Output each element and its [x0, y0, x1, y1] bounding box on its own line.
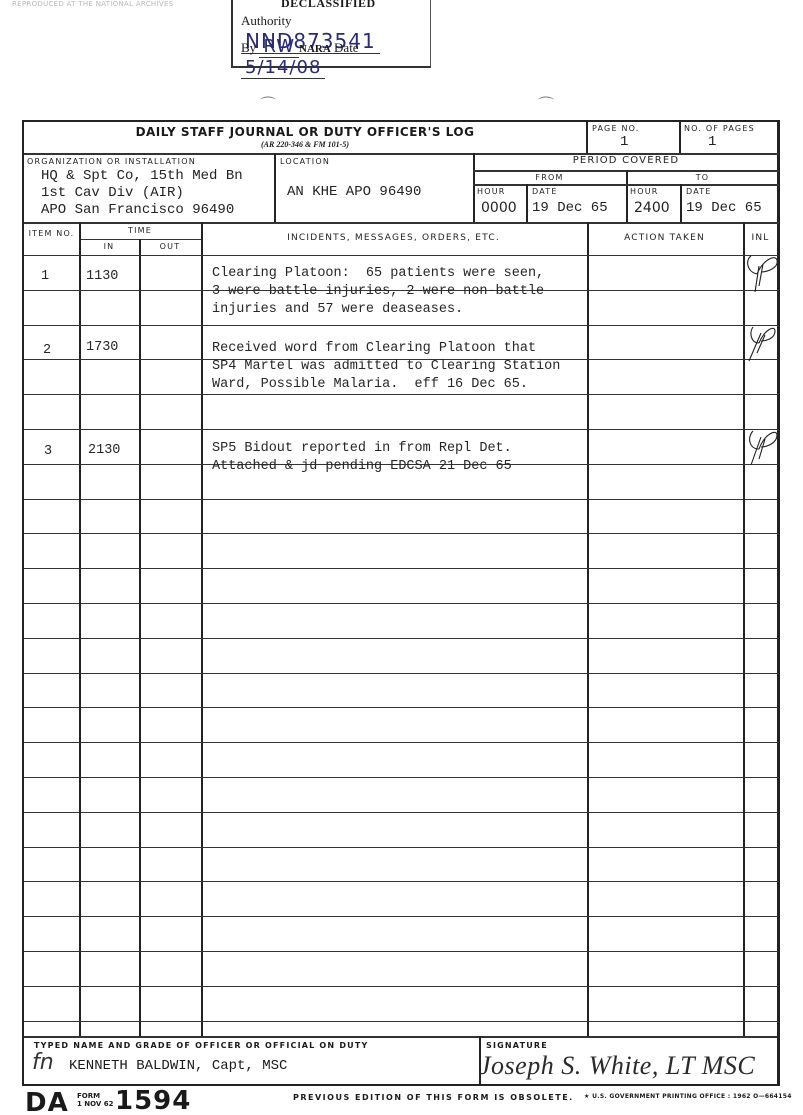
col-incidents: INCIDENTS, MESSAGES, ORDERS, ETC. — [201, 233, 586, 243]
entry-3-time-in: 2130 — [88, 442, 120, 460]
officer-signature-block: TYPED NAME AND GRADE OF OFFICER OR OFFIC… — [22, 1036, 780, 1086]
entry-3-line-2: Attached & jd pending EDCSA 21 Dec 65 — [212, 458, 512, 476]
date-label: Date — [334, 40, 359, 55]
entry-2-line-3: Ward, Possible Malaria. eff 16 Dec 65. — [212, 376, 528, 394]
stamp-title: DECLASSIFIED — [281, 0, 376, 11]
page-no-value: 1 — [620, 134, 628, 150]
gpo-imprint: ★ U.S. GOVERNMENT PRINTING OFFICE : 1962… — [584, 1093, 792, 1100]
table-row-rule — [24, 499, 779, 500]
table-row-rule — [24, 812, 779, 813]
officer-prefix-handwritten: fn — [32, 1050, 54, 1075]
previous-edition-note: PREVIOUS EDITION OF THIS FORM IS OBSOLET… — [293, 1093, 574, 1102]
table-row-rule — [24, 742, 779, 743]
form-subtitle: (AR 220-346 & FM 101-5) — [24, 140, 586, 149]
col-time-out: OUT — [139, 242, 201, 251]
organization-value: HQ & Spt Co, 15th Med Bn 1st Cav Div (AI… — [41, 168, 243, 219]
col-time: TIME — [79, 226, 201, 235]
hole-punch-mark: ⌒ — [538, 92, 554, 115]
from-hour-label: HOUR — [477, 187, 506, 196]
no-of-pages-label: NO. OF PAGES — [684, 124, 755, 133]
to-date-label: DATE — [686, 187, 712, 196]
table-row-rule — [24, 429, 779, 430]
form-title: DAILY STAFF JOURNAL OR DUTY OFFICER'S LO… — [24, 125, 586, 139]
signature-value: Joseph S. White, LT MSC — [479, 1051, 755, 1081]
no-of-pages-value: 1 — [708, 134, 716, 150]
table-row-rule — [24, 1021, 779, 1022]
col-action-taken: ACTION TAKEN — [587, 233, 742, 243]
by-label: By — [241, 40, 256, 55]
declassified-stamp: DECLASSIFIED Authority NND873541 By RWNA… — [231, 0, 431, 68]
col-inl: INL — [742, 233, 779, 243]
table-row-rule — [24, 533, 779, 534]
to-hour-label: HOUR — [630, 187, 659, 196]
table-row-rule — [24, 916, 779, 917]
table-row-rule — [24, 847, 779, 848]
organization-label: ORGANIZATION OR INSTALLATION — [27, 157, 196, 166]
authority-label: Authority — [241, 13, 292, 28]
table-row-rule — [24, 881, 779, 882]
hole-punch-mark: ⌒ — [260, 92, 276, 115]
form-da: DA — [25, 1088, 69, 1115]
table-row-rule — [24, 707, 779, 708]
officer-name: KENNETH BALDWIN, Capt, MSC — [69, 1058, 287, 1074]
table-row-rule — [24, 986, 779, 987]
from-date-label: DATE — [532, 187, 558, 196]
table-row-rule — [24, 568, 779, 569]
entry-1-line-3: injuries and 57 were deaseases. — [212, 301, 463, 319]
table-row-rule — [24, 951, 779, 952]
from-hour-value: 0000 — [481, 200, 517, 216]
officer-label: TYPED NAME AND GRADE OF OFFICER OR OFFIC… — [34, 1041, 369, 1050]
page-no-label: PAGE NO. — [592, 124, 640, 133]
entry-2-line-1: Received word from Clearing Platoon that — [212, 340, 536, 358]
to-label: TO — [626, 173, 779, 182]
agency: NARA — [299, 43, 331, 55]
initials-icon — [743, 321, 781, 363]
table-row-rule — [24, 638, 779, 639]
table-row-rule — [24, 325, 779, 326]
entry-1-line-1: Clearing Platoon: 65 patients were seen, — [212, 265, 544, 283]
table-row-rule — [24, 673, 779, 674]
col-time-in: IN — [79, 242, 139, 251]
signature-label: SIGNATURE — [486, 1041, 548, 1050]
period-covered-label: PERIOD COVERED — [473, 155, 779, 166]
table-row-rule — [24, 255, 779, 256]
initials-icon — [743, 425, 781, 467]
to-date-value: 19 Dec 65 — [686, 200, 762, 216]
form-number: 1594 — [115, 1086, 191, 1115]
table-row-rule — [24, 394, 779, 395]
entry-2-time-in: 1730 — [86, 339, 118, 357]
entry-1-time-in: 1130 — [86, 268, 118, 286]
form-label: FORM 1 NOV 62 — [77, 1092, 114, 1108]
location-label: LOCATION — [280, 157, 330, 166]
table-row-rule — [24, 603, 779, 604]
from-date-value: 19 Dec 65 — [532, 200, 608, 216]
entry-2-item: 2 — [43, 342, 51, 360]
to-hour-value: 2400 — [634, 200, 670, 216]
entry-3-item: 3 — [44, 443, 52, 461]
entry-2-line-2: SP4 Martel was admitted to Clearing Stat… — [212, 358, 560, 376]
duty-log-form: DAILY STAFF JOURNAL OR DUTY OFFICER'S LO… — [22, 120, 780, 1038]
col-item-no: ITEM NO. — [24, 228, 79, 239]
entry-1-item: 1 — [41, 268, 49, 286]
from-label: FROM — [473, 173, 626, 182]
archive-header: REPRODUCED AT THE NATIONAL ARCHIVES — [12, 0, 173, 8]
date-value: 5/14/08 — [241, 57, 325, 79]
initials-icon — [743, 252, 781, 294]
by-value: RW — [259, 36, 299, 58]
entry-3-line-1: SP5 Bidout reported in from Repl Det. — [212, 440, 512, 458]
location-value: AN KHE APO 96490 — [287, 184, 421, 200]
entry-1-line-2: 3 were battle injuries, 2 were non-battl… — [212, 283, 544, 301]
table-row-rule — [24, 777, 779, 778]
